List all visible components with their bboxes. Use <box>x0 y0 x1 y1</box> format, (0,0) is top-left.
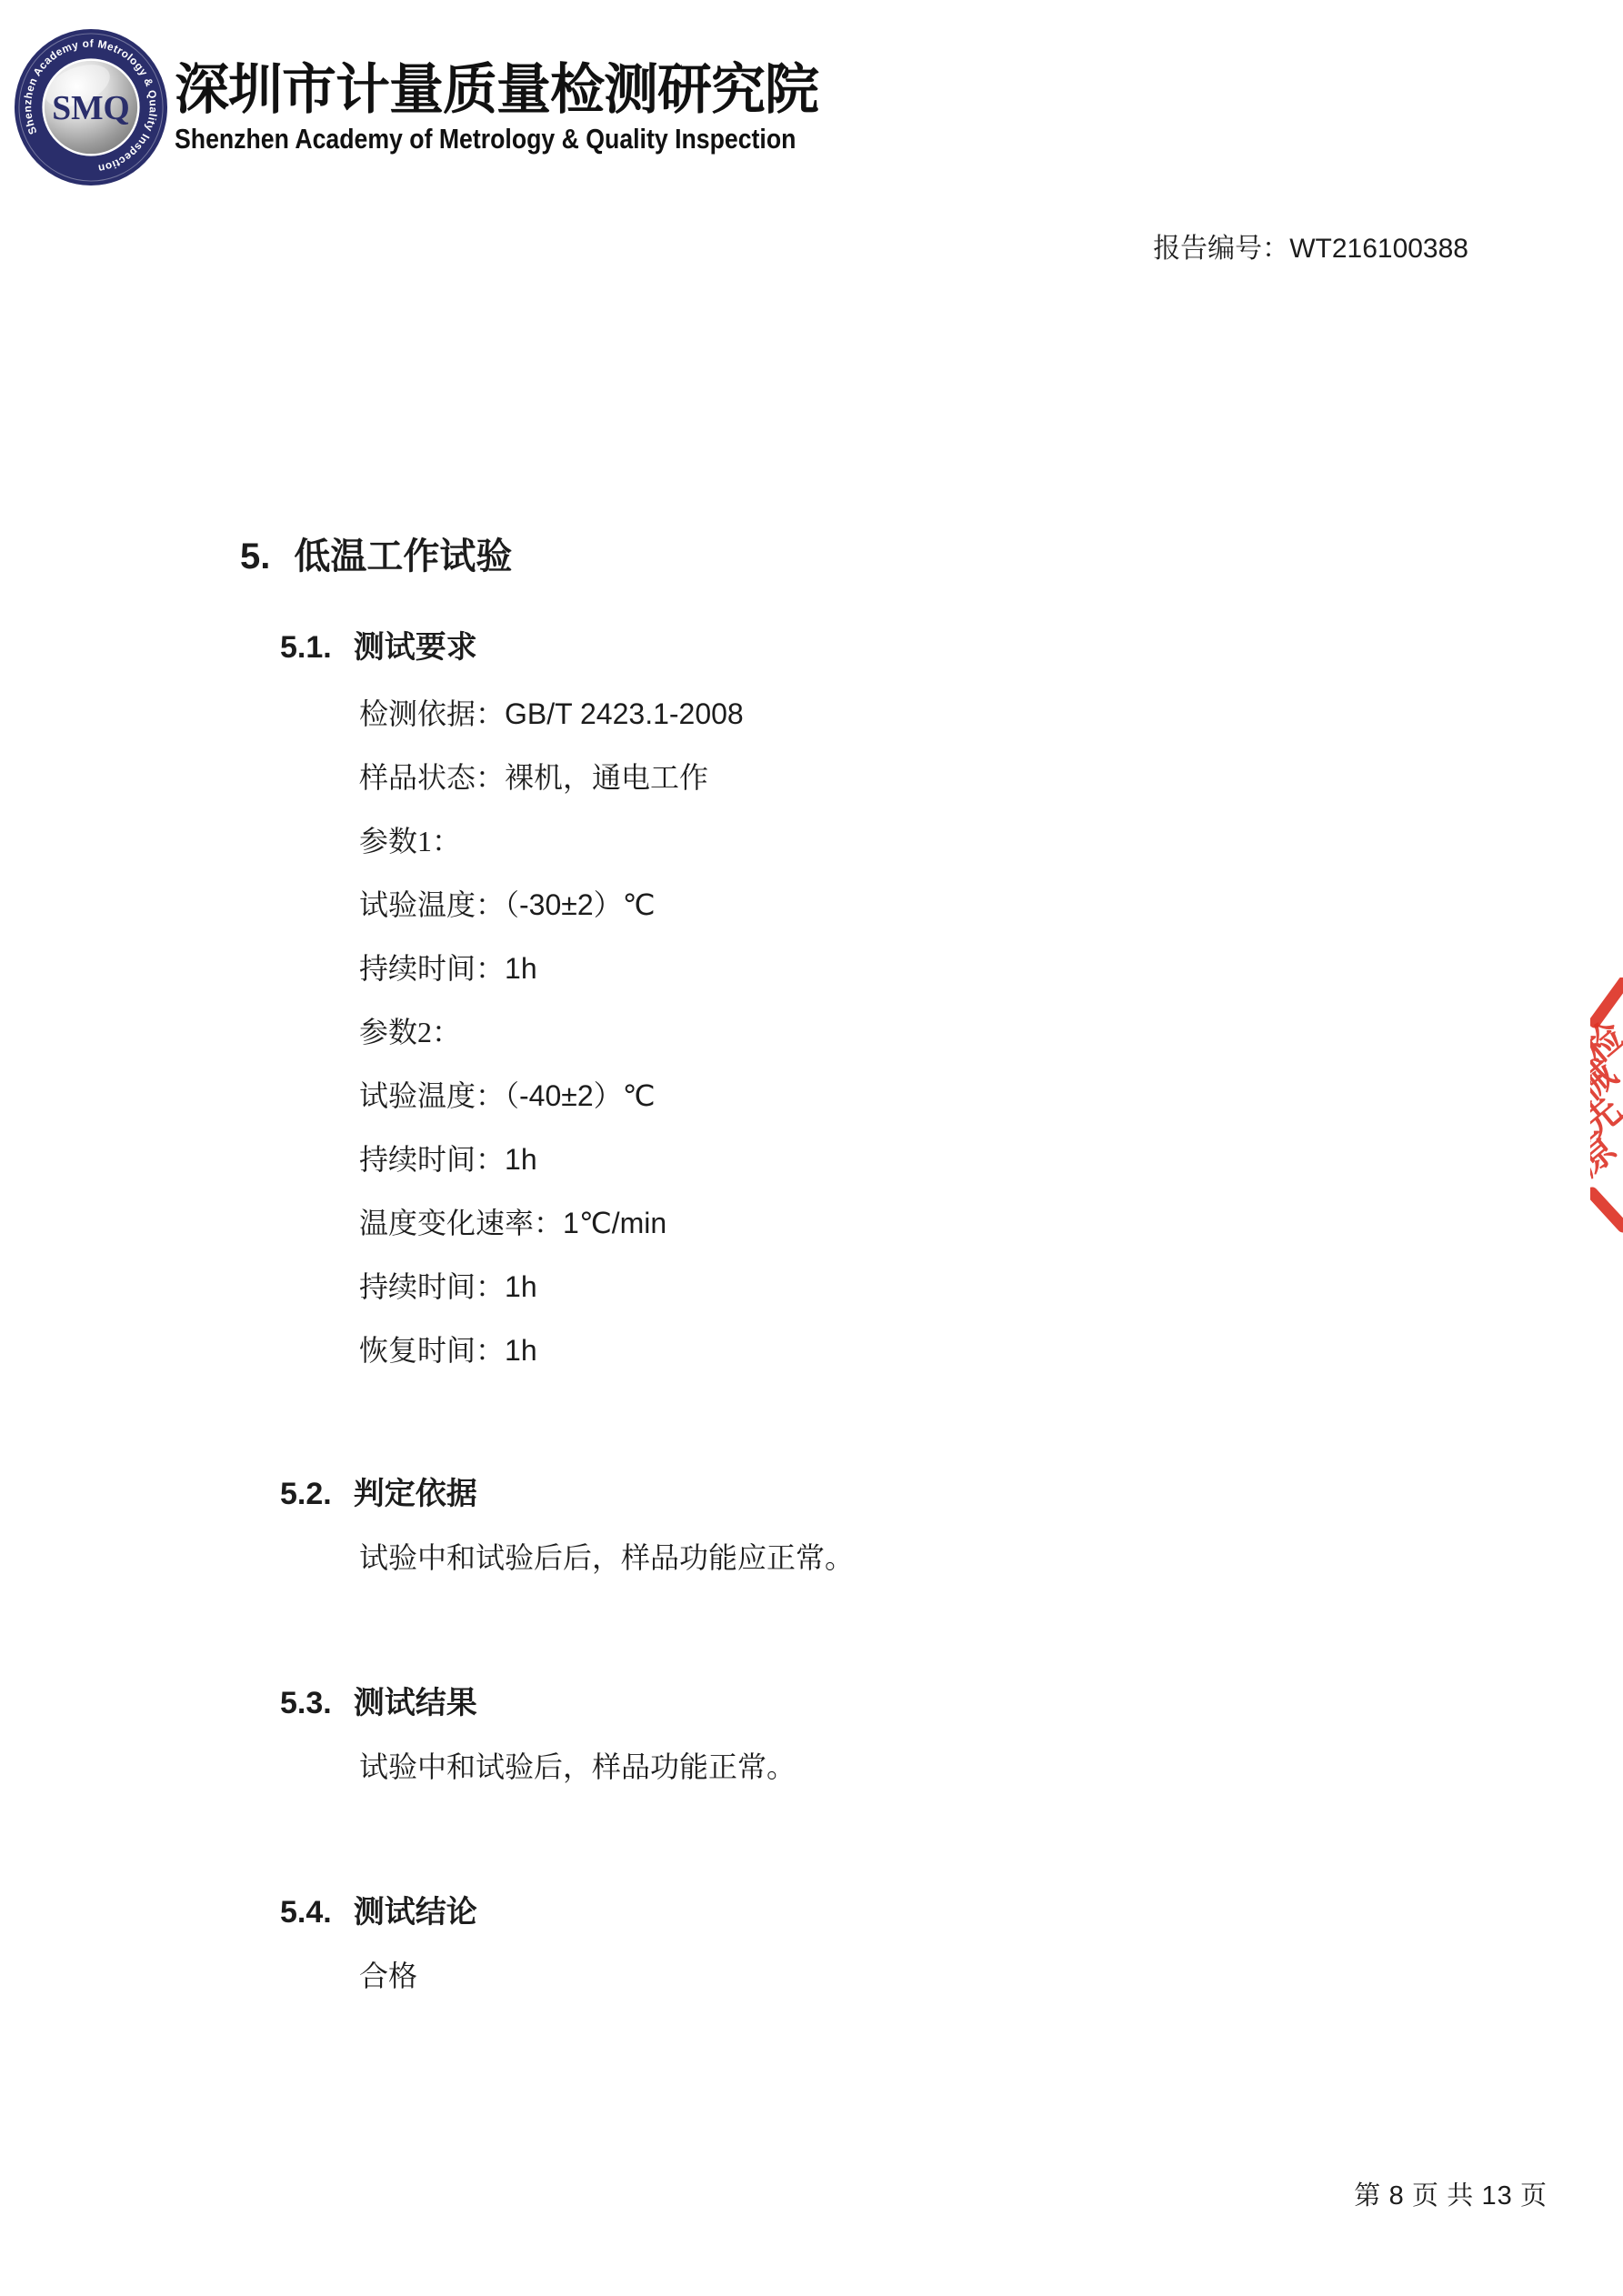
report-page: Shenzhen Academy of Metrology & Quality … <box>0 0 1623 2296</box>
requirement-label: 恢复时间： <box>359 1334 505 1367</box>
requirement-label: 试验温度： <box>359 1079 505 1112</box>
page-number-segment: 13 <box>1481 2181 1512 2211</box>
requirement-value: GB/T 2423.1-2008 <box>505 697 744 730</box>
requirement-line: 参数2： <box>359 1000 744 1064</box>
requirement-line: 持续时间：1h <box>359 1255 744 1318</box>
requirement-label: 持续时间： <box>359 952 505 985</box>
red-seal-graphic: 检 械 先 原 <box>1590 978 1623 1234</box>
report-number-label: 报告编号： <box>1153 234 1289 264</box>
requirement-value: 1h <box>505 1143 537 1176</box>
requirement-value: 1h <box>505 952 537 985</box>
judgment-basis-text: 试验中和试验后后，样品功能应正常。 <box>359 1535 854 1577</box>
requirement-line: 试验温度：（-40±2）℃ <box>359 1064 744 1128</box>
report-number-value: WT216100388 <box>1289 234 1468 264</box>
page-number: 第 8 页 共 13 页 <box>1354 2175 1548 2212</box>
requirement-value: （-30±2）℃ <box>505 888 656 921</box>
requirement-line: 恢复时间：1h <box>359 1318 744 1382</box>
page-number-segment: 页 <box>1513 2181 1548 2211</box>
page-number-segment: 页 共 <box>1405 2181 1482 2211</box>
section-5-4-number: 5.4. <box>280 1895 332 1930</box>
requirement-label: 持续时间： <box>359 1270 505 1303</box>
org-title-english: Shenzhen Academy of Metrology & Quality … <box>175 124 796 155</box>
section-5-number: 5. <box>240 536 270 577</box>
requirement-label: 持续时间： <box>359 1143 505 1176</box>
page-number-segment: 第 <box>1354 2181 1388 2211</box>
requirement-line: 参数1： <box>359 809 744 873</box>
org-title-chinese: 深圳市计量质量检测研究院 <box>175 60 897 120</box>
requirement-label: 样品状态： <box>359 761 505 794</box>
requirement-label: 参数1： <box>359 825 461 857</box>
requirement-line: 试验温度：（-30±2）℃ <box>359 873 744 937</box>
section-5-4-title: 测试结论 <box>354 1895 477 1930</box>
smq-logo-graphic: Shenzhen Academy of Metrology & Quality … <box>13 27 169 187</box>
requirement-value: 1h <box>505 1270 537 1303</box>
requirement-label: 参数2： <box>359 1016 461 1048</box>
page-number-segment: 8 <box>1389 2181 1405 2211</box>
requirements-list: 检测依据：GB/T 2423.1-2008样品状态：裸机，通电工作参数1：试验温… <box>359 682 744 1382</box>
header-titles: 深圳市计量质量检测研究院 Shenzhen Academy of Metrolo… <box>175 60 897 155</box>
smq-logo: Shenzhen Academy of Metrology & Quality … <box>13 27 169 187</box>
red-seal-stamp: 检 械 先 原 <box>1590 978 1623 1234</box>
section-5-1-number: 5.1. <box>280 630 332 665</box>
requirement-value: 裸机，通电工作 <box>505 761 708 794</box>
requirement-line: 样品状态：裸机，通电工作 <box>359 746 744 809</box>
requirement-value: 1h <box>505 1334 537 1367</box>
test-conclusion-text: 合格 <box>359 1953 417 1995</box>
requirement-line: 检测依据：GB/T 2423.1-2008 <box>359 682 744 746</box>
section-5-1-heading: 5.1.测试要求 <box>280 622 477 667</box>
requirement-value: 1℃/min <box>563 1207 666 1239</box>
logo-abbr: SMQ <box>52 90 130 127</box>
requirement-label: 温度变化速率： <box>359 1207 563 1239</box>
section-5-2-heading: 5.2.判定依据 <box>280 1469 477 1513</box>
section-5-2-title: 判定依据 <box>354 1477 477 1511</box>
section-5-heading: 5.低温工作试验 <box>240 527 512 579</box>
section-5-4-heading: 5.4.测试结论 <box>280 1887 477 1931</box>
report-number: 报告编号：WT216100388 <box>1153 226 1468 266</box>
requirement-label: 检测依据： <box>359 697 505 730</box>
requirement-value: （-40±2）℃ <box>505 1079 656 1112</box>
requirement-line: 温度变化速率：1℃/min <box>359 1191 744 1255</box>
section-5-title: 低温工作试验 <box>294 536 512 577</box>
section-5-3-number: 5.3. <box>280 1686 332 1720</box>
requirement-line: 持续时间：1h <box>359 937 744 1000</box>
section-5-1-title: 测试要求 <box>354 630 477 665</box>
section-5-2-number: 5.2. <box>280 1477 332 1511</box>
requirement-label: 试验温度： <box>359 888 505 921</box>
requirement-line: 持续时间：1h <box>359 1128 744 1191</box>
section-5-3-title: 测试结果 <box>354 1686 477 1720</box>
section-5-3-heading: 5.3.测试结果 <box>280 1678 477 1722</box>
test-result-text: 试验中和试验后，样品功能正常。 <box>359 1744 796 1786</box>
